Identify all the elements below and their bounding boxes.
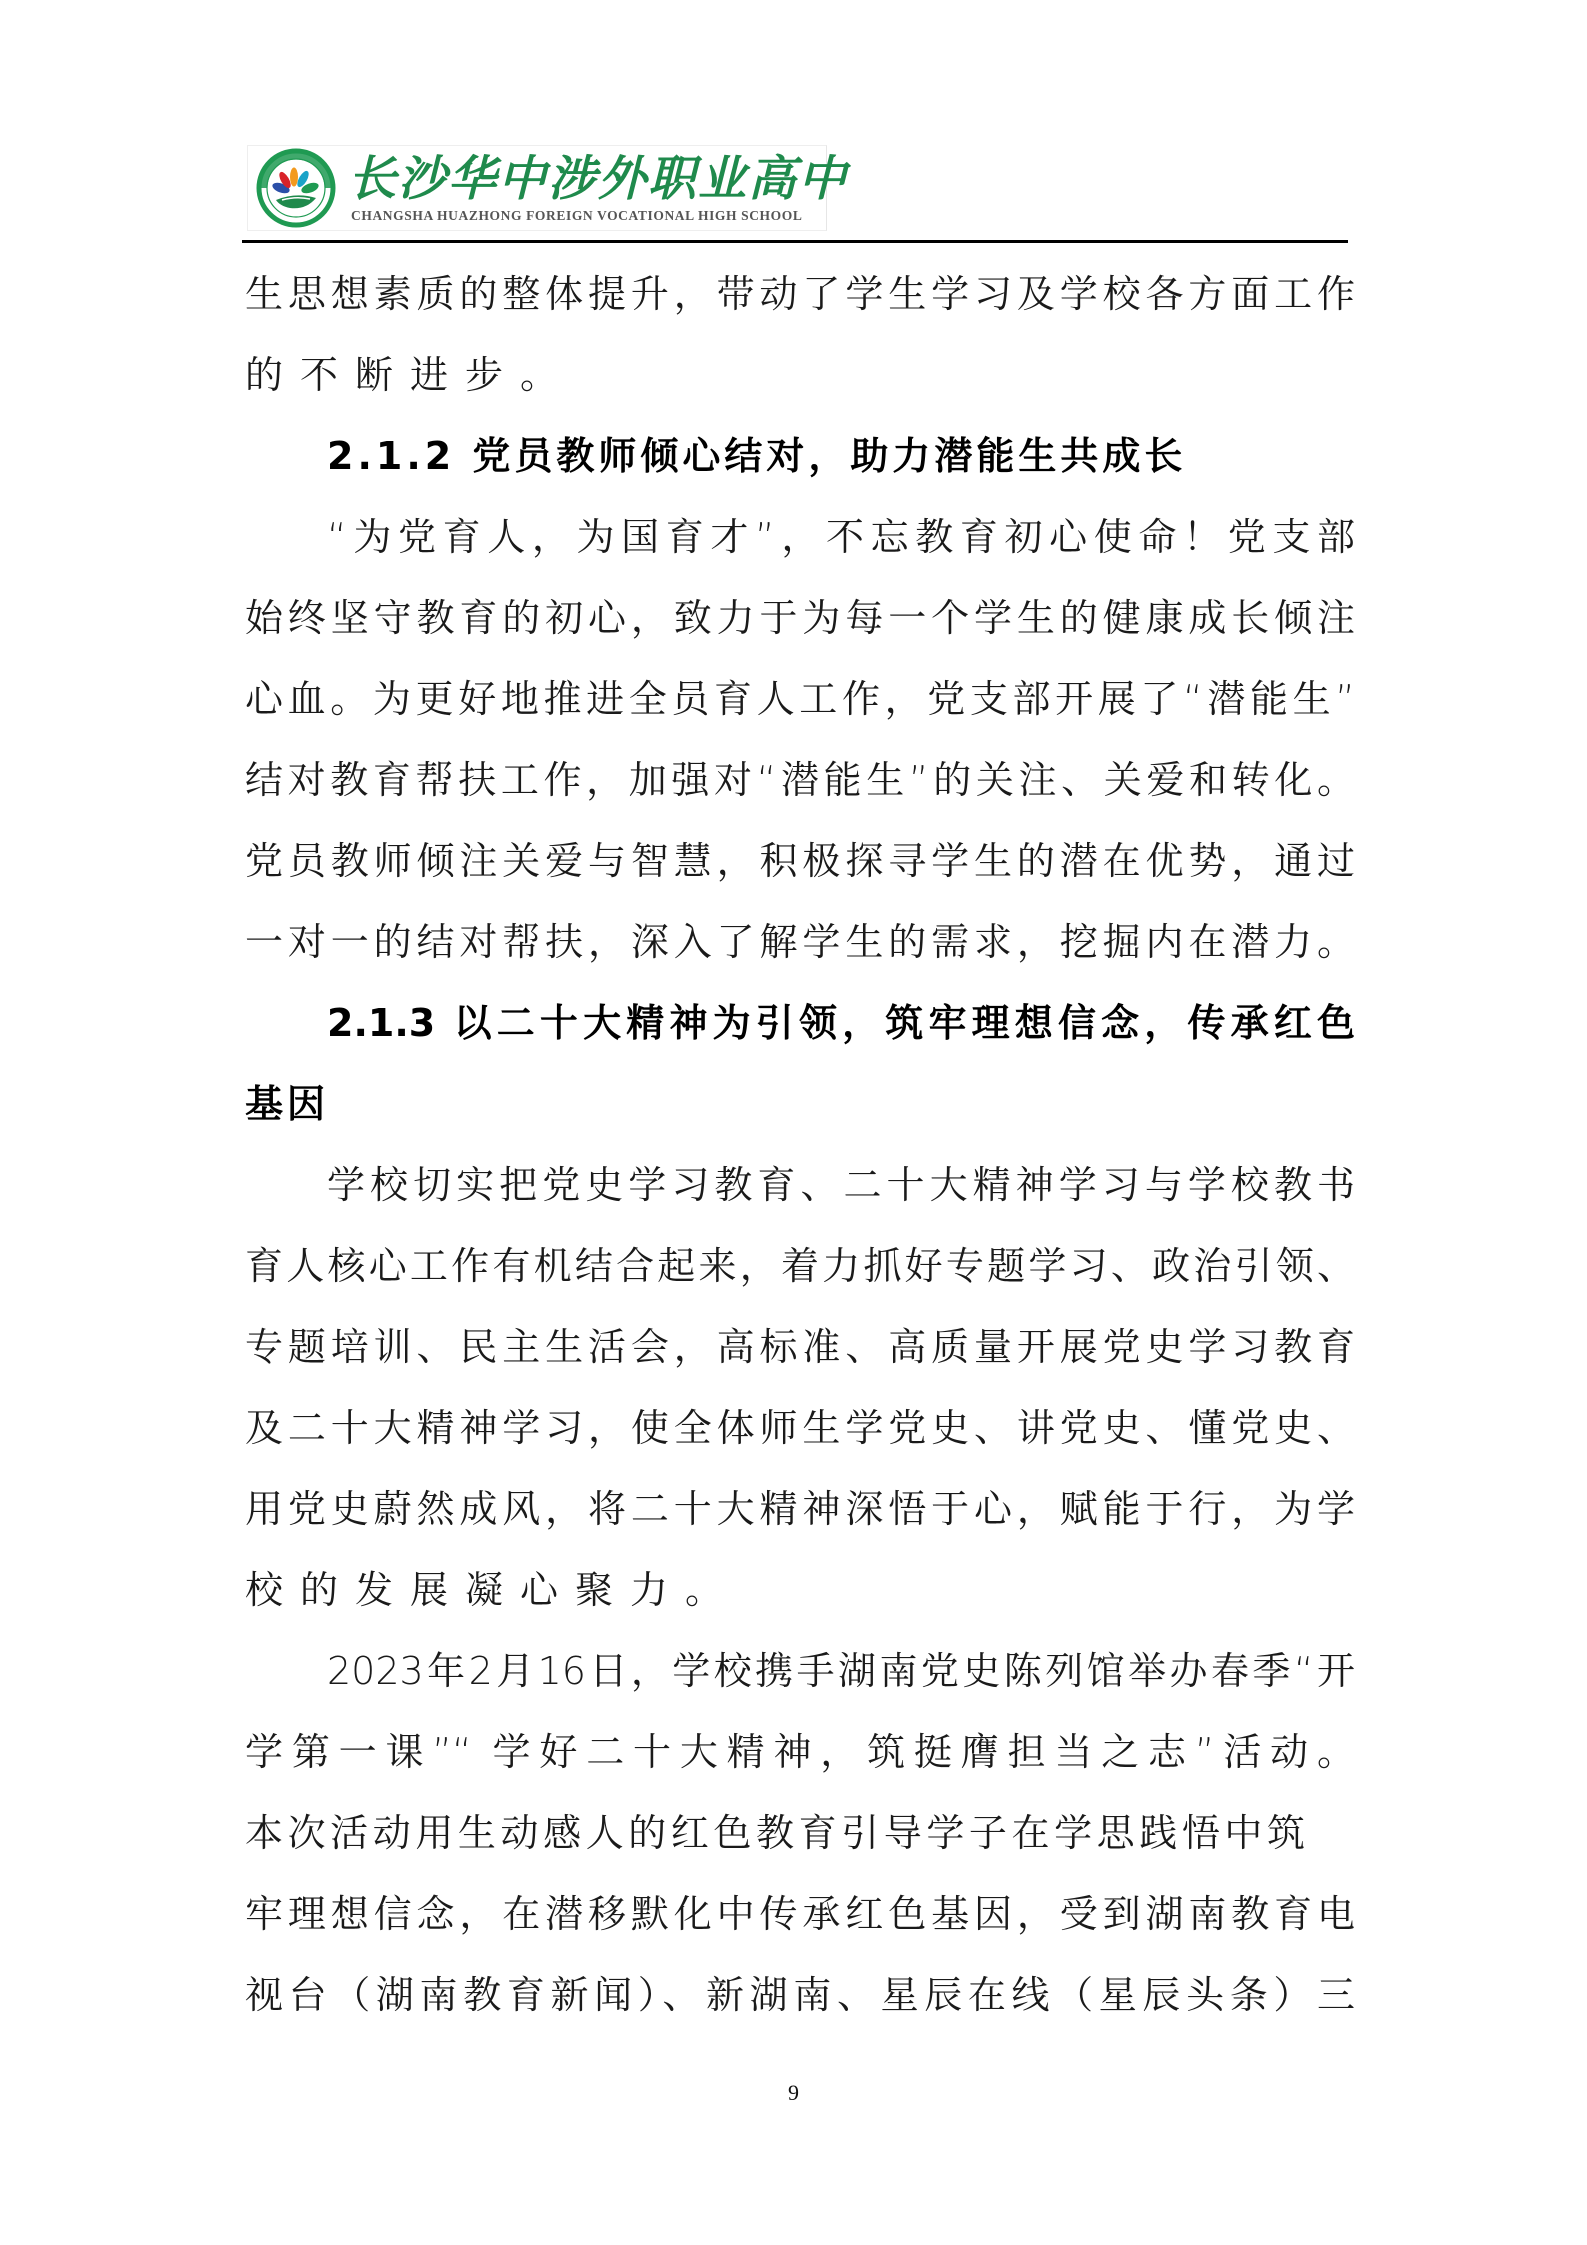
text-line: 党员教师倾注关爱与智慧，积极探寻学生的潜在优势，通过 [245, 821, 1355, 902]
text-line: 一对一的结对帮扶，深入了解学生的需求，挖掘内在潜力。 [245, 902, 1355, 983]
text-line: 及二十大精神学习，使全体师生学党史、讲党史、懂党史、 [245, 1388, 1355, 1469]
text-line: 牢理想信念，在潜移默化中传承红色基因，受到湖南教育电 [245, 1874, 1355, 1955]
text-line: 视台（湖南教育新闻）、新湖南、星辰在线（星辰头条）三 [245, 1955, 1355, 2036]
document-body: 生思想素质的整体提升，带动了学生学习及学校各方面工作 的不断进步。 2.1.2 … [245, 254, 1355, 2036]
text-line: 结对教育帮扶工作，加强对“潜能生”的关注、关爱和转化。 [245, 740, 1355, 821]
text-line: 心血。为更好地推进全员育人工作，党支部开展了“潜能生” [245, 659, 1355, 740]
text-line: 学校切实把党史学习教育、二十大精神学习与学校教书 [245, 1145, 1355, 1226]
text-line: 学第一课”“ 学好二十大精神，筑挺膺担当之志”活动。 [245, 1712, 1355, 1793]
school-name-english: CHANGSHA HUAZHONG FOREIGN VOCATIONAL HIG… [351, 208, 802, 224]
text-line: 的不断进步。 [245, 335, 1355, 416]
text-line: 用党史蔚然成风，将二十大精神深悟于心，赋能于行，为学 [245, 1469, 1355, 1550]
section-heading-2-1-2: 2.1.2 党员教师倾心结对，助力潜能生共成长 [245, 416, 1355, 497]
text-line: 始终坚守教育的初心，致力于为每一个学生的健康成长倾注 [245, 578, 1355, 659]
header-divider [242, 240, 1348, 243]
text-line: 本次活动用生动感人的红色教育引导学子在学思践悟中筑 [245, 1793, 1305, 1874]
text-line: 育人核心工作有机结合起来，着力抓好专题学习、政治引领、 [245, 1226, 1355, 1307]
text-line: 专题培训、民主生活会，高标准、高质量开展党史学习教育 [245, 1307, 1355, 1388]
document-page: 长沙华中涉外职业高中 CHANGSHA HUAZHONG FOREIGN VOC… [0, 0, 1587, 2245]
school-emblem-icon [256, 148, 336, 228]
text-line: 校的发展凝心聚力。 [245, 1550, 1355, 1631]
text-line: 2023年2月16日，学校携手湖南党史陈列馆举办春季“开 [245, 1631, 1355, 1712]
text-line: “为党育人，为国育才”，不忘教育初心使命！党支部 [245, 497, 1355, 578]
section-heading-2-1-3-continued: 基因 [245, 1064, 1355, 1145]
text-line: 生思想素质的整体提升，带动了学生学习及学校各方面工作 [245, 254, 1355, 335]
school-logo: 长沙华中涉外职业高中 CHANGSHA HUAZHONG FOREIGN VOC… [247, 145, 827, 231]
page-number: 9 [0, 2080, 1587, 2106]
section-heading-2-1-3: 2.1.3 以二十大精神为引领，筑牢理想信念，传承红色 [245, 983, 1355, 1064]
school-name-chinese: 长沙华中涉外职业高中 [348, 150, 848, 208]
